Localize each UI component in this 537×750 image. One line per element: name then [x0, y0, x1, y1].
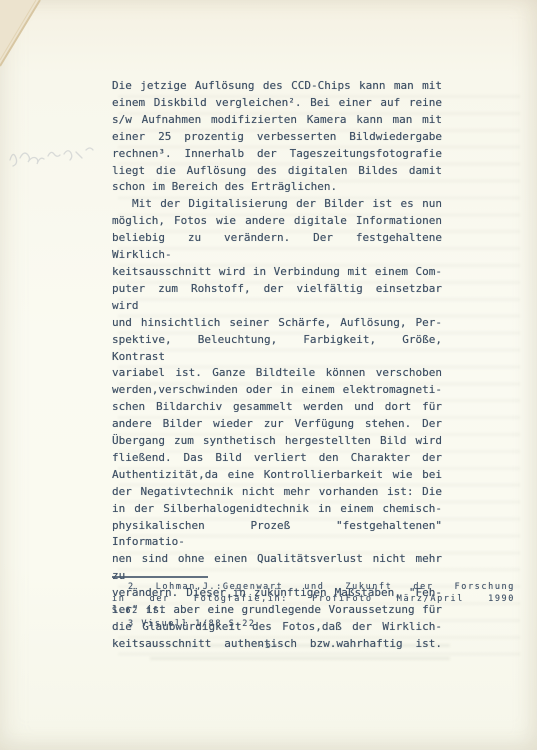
document-body: Die jetzige Auflösung des CCD-Chips kann…	[112, 78, 442, 653]
text-line: keitsausschnitt wird in Verbindung mit e…	[112, 264, 442, 281]
text-line: werden,verschwinden oder in einem elektr…	[112, 382, 442, 399]
footnotes: 2 Lohman,J.:Gegenwart und Zukunft der Fo…	[112, 581, 515, 630]
text-line: einer 25 prozentig verbesserten Bildwied…	[112, 129, 442, 146]
pencil-margin-note-icon	[6, 138, 106, 172]
text-line: 2 Lohman,J.:Gegenwart und Zukunft der Fo…	[112, 581, 515, 593]
text-line: variabel ist. Ganze Bildteile können ver…	[112, 365, 442, 382]
text-line: 3 Visuell 1/88 S.22	[112, 618, 515, 630]
page-corner-fold	[0, 0, 44, 72]
text-line: physikalischen Prozeß "festgehaltenen" I…	[112, 518, 442, 552]
text-line: beliebig zu verändern. Der festgehaltene…	[112, 230, 442, 264]
text-line: Übergang zum synthetisch hergestellten B…	[112, 433, 442, 450]
text-line: andere Bilder wieder zur Verfügung stehe…	[112, 416, 442, 433]
text-line: und hinsichtlich seiner Schärfe, Auflösu…	[112, 315, 442, 332]
text-line: s/w Aufnahmen modifizierten Kamera kann …	[112, 112, 442, 129]
text-line: möglich, Fotos wie andere digitale Infor…	[112, 213, 442, 230]
text-line: Mit der Digitalisierung der Bilder ist e…	[112, 196, 442, 213]
text-line: puter zum Rohstoff, der vielfältig einse…	[112, 281, 442, 315]
text-line: schen Bildarchiv gesammelt werden und do…	[112, 399, 442, 416]
text-line: liegt die Auflösung des digitalen Bildes…	[112, 163, 442, 180]
text-line: in der Silberhalogenidtechnik in einem c…	[112, 501, 442, 518]
text-line: einem Diskbild vergleichen². Bei einer a…	[112, 95, 442, 112]
text-line: Authentizität,da eine Kontrollierbarkeit…	[112, 467, 442, 484]
footnote-separator	[112, 576, 208, 578]
text-line: schon im Bereich des Erträglichen.	[112, 179, 442, 196]
text-line: rechnen³. Innerhalb der Tageszeitungsfot…	[112, 146, 442, 163]
text-line: der Negativtechnik nicht mehr vorhanden …	[112, 484, 442, 501]
scanned-document-page: Die jetzige Auflösung des CCD-Chips kann…	[0, 0, 537, 750]
page-number: -5-	[0, 640, 537, 651]
text-line: fließend. Das Bild verliert den Charakte…	[112, 450, 442, 467]
text-line: spektive, Beleuchtung, Farbigkeit, Größe…	[112, 332, 442, 366]
text-line: in der Fotografie,in: ProfiFoto März/Apr…	[112, 593, 515, 605]
text-line: S.62 ff.	[112, 605, 515, 617]
text-line: Die jetzige Auflösung des CCD-Chips kann…	[112, 78, 442, 95]
